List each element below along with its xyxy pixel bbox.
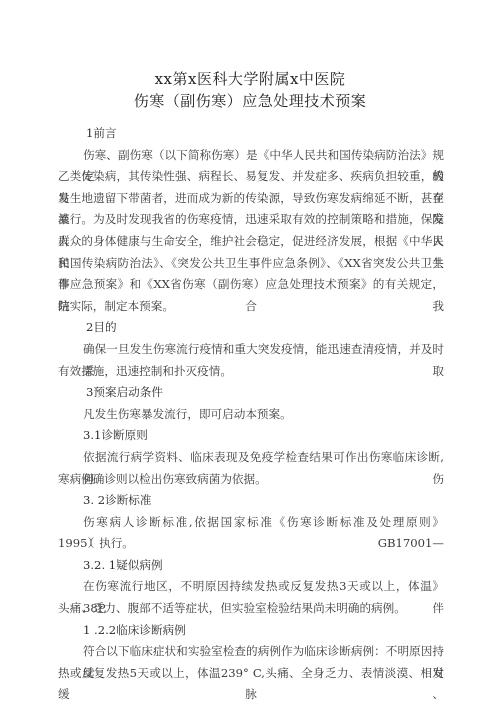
paragraph-line: 伤寒、副伤寒（以下简称伤寒）是《中华人民共和国传染病防治法》规定的 — [58, 145, 444, 167]
paragraph-line: 头痛、乏力、腹部不适等症状，但实验室检验结果尚未明确的病例。 — [58, 598, 444, 620]
section-heading-activation: 3预案启动条件 — [58, 382, 444, 404]
section-heading-diagnosis-principle: 3.1诊断原则 — [58, 425, 444, 447]
section-heading-preface: 1前言 — [58, 123, 444, 145]
section-heading-clinical-case: 1 .2.2临床诊断病例 — [58, 620, 444, 642]
paragraph-line: 依据流行病学资料、临床表现及免疫学检查结果可作出伤寒临床诊断,但伤 — [58, 447, 444, 469]
paragraph-line: 乙类传染病，其传染性强、病程长、易复发、并发症多、疾病负担较重，极易在 — [58, 166, 444, 188]
document-title-institution: xx第x医科大学附属x中医院 — [0, 68, 500, 89]
paragraph-line: 伤寒病人诊断标准,依据国家标准《伤寒诊断标准及处理原则》（GB17001— — [58, 512, 444, 534]
paragraph-line: 群众的身体健康与生命安全，维护社会稳定，促进经济发展，根据《中华人民共 — [58, 231, 444, 253]
paragraph-line: 确保一旦发生伤寒流行疫情和重大突发疫情，能迅速查清疫情，并及时采取 — [58, 339, 444, 361]
section-heading-suspected-case: 3.2. 1疑似病例 — [58, 555, 444, 577]
paragraph-line: 和国传染病防治法》、《突发公共卫生事件应急条例》、《XX省突发公共卫生事 — [58, 253, 444, 275]
document-body: 1前言 伤寒、副伤寒（以下简称伤寒）是《中华人民共和国传染病防治法》规定的 乙类… — [58, 123, 444, 684]
paragraph-line: 在伤寒流行地区，不明原因持续发热或反复发热3天或以上，体温》38P,伴 — [58, 576, 444, 598]
section-heading-diagnosis-standard: 3. 2诊断标准 — [58, 490, 444, 512]
paragraph-line: 发生地遗留下带菌者，进而成为新的传染源，导致伤寒发病绵延不断，甚至暴发 — [58, 188, 444, 210]
paragraph-line: 凡发生伤寒暴发流行，即可启动本预案。 — [58, 404, 444, 426]
paragraph-line: 热或反复发热5天或以上，体温239° C,头痛、全身乏力、表情淡漠、相对缓脉、 — [58, 663, 444, 685]
paragraph-line: 符合以下临床症状和实验室检查的病例作为临床诊断病例：不明原因持续发 — [58, 641, 444, 663]
paragraph-line: 流行。为及时发现我省的伤寒疫情，迅速采取有效的控制策略和措施，保障人民 — [58, 209, 444, 231]
paragraph-line: 件应急预案》和《XX省伤寒（副伤寒）应急处理技术预案》的有关规定，结合我 — [58, 274, 444, 296]
section-heading-purpose: 2目的 — [58, 317, 444, 339]
document-page: xx第x医科大学附属x中医院 伤寒（副伤寒）应急处理技术预案 1前言 伤寒、副伤… — [0, 0, 500, 707]
document-title-plan: 伤寒（副伤寒）应急处理技术预案 — [0, 90, 500, 111]
